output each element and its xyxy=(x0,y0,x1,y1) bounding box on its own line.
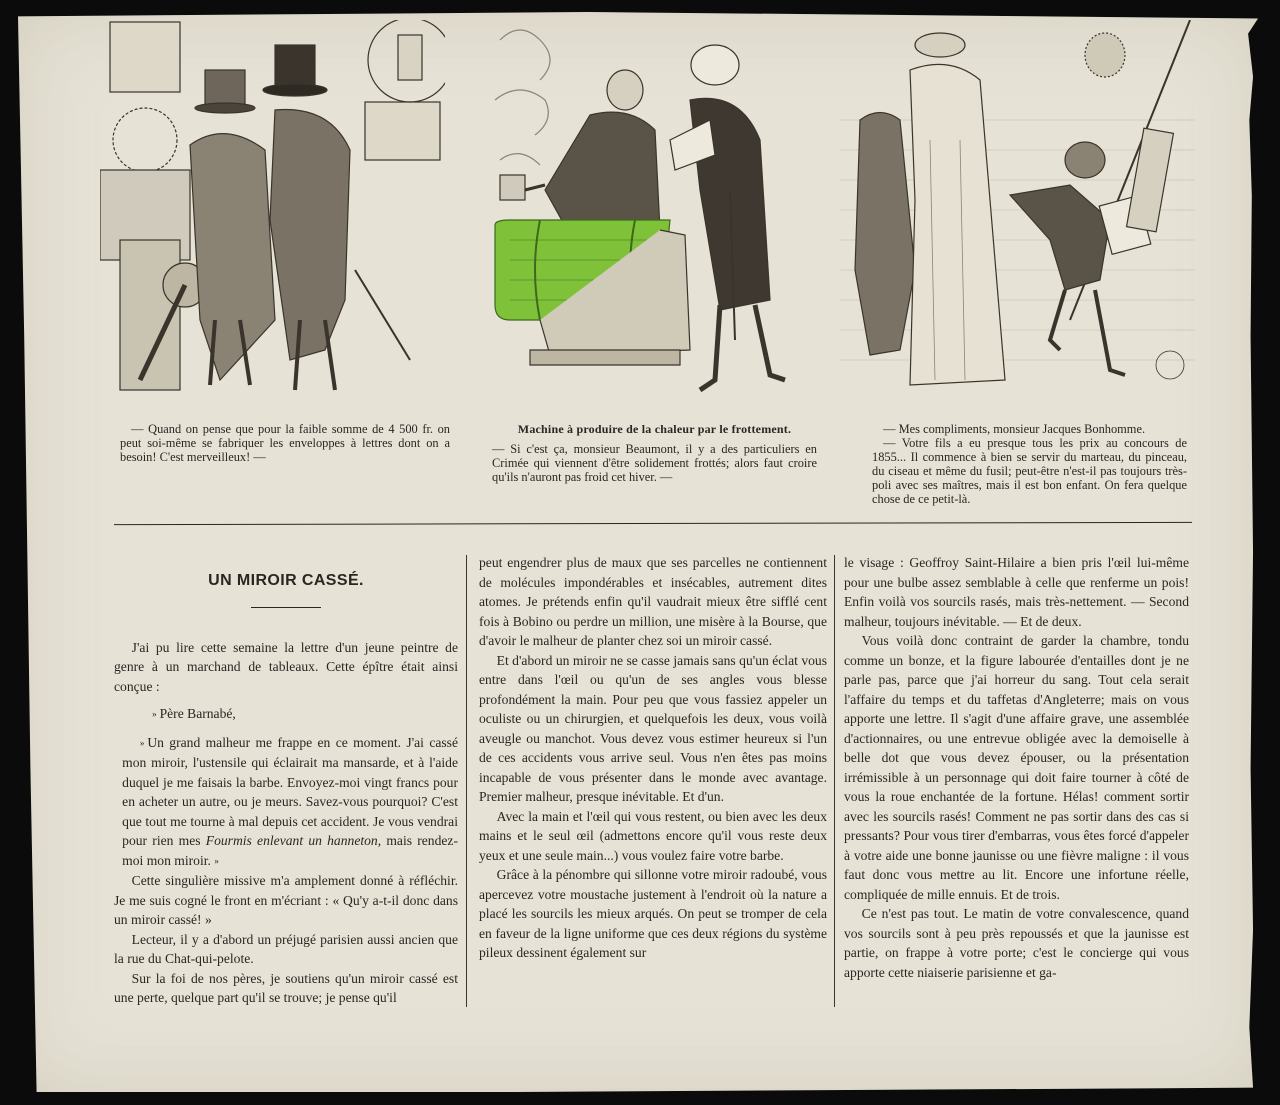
caption-text: — Quand on pense que pour la faible somm… xyxy=(120,422,450,464)
engraving-illustration xyxy=(470,20,825,400)
paragraph: le visage : Geoffroy Saint-Hilaire a bie… xyxy=(844,553,1189,631)
title-underline xyxy=(251,607,321,608)
engraving-illustration xyxy=(100,20,445,400)
caption-text: — Si c'est ça, monsieur Beaumont, il y a… xyxy=(492,442,817,484)
cartoon-concours-1855 xyxy=(840,20,1195,400)
paragraph: Ce n'est pas tout. Le matin de votre con… xyxy=(844,904,1189,982)
cartoon-3-caption: — Mes compliments, monsieur Jacques Bonh… xyxy=(872,422,1187,506)
column-divider xyxy=(466,555,467,1007)
caption-text-line2: — Votre fils a eu presque tous les prix … xyxy=(872,436,1187,506)
column-divider xyxy=(834,555,835,1007)
article-column-2: peut engendrer plus de maux que ses parc… xyxy=(479,553,827,963)
paragraph: Cette singulière missive m'a amplement d… xyxy=(114,871,458,930)
caption-text-line1: — Mes compliments, monsieur Jacques Bonh… xyxy=(872,422,1187,436)
cartoon-1-caption: — Quand on pense que pour la faible somm… xyxy=(120,422,450,464)
letter-salutation: »Père Barnabé, xyxy=(114,704,458,725)
paragraph: Lecteur, il y a d'abord un préjugé paris… xyxy=(114,930,458,969)
article-column-1: UN MIROIR CASSÉ. J'ai pu lire cette sema… xyxy=(114,553,458,1008)
paragraph: Et d'abord un miroir ne se casse jamais … xyxy=(479,651,827,807)
paragraph: Vous voilà donc contraint de garder la c… xyxy=(844,631,1189,904)
letter-body: »Un grand malheur me frappe en ce moment… xyxy=(114,733,458,872)
caption-title: Machine à produire de la chaleur par le … xyxy=(492,422,817,436)
paragraph: Sur la foi de nos pères, je soutiens qu'… xyxy=(114,969,458,1008)
paragraph: Avec la main et l'œil qui vous restent, … xyxy=(479,807,827,866)
paragraph: Grâce à la pénombre qui sillonne votre m… xyxy=(479,865,827,963)
cartoon-2-caption: Machine à produire de la chaleur par le … xyxy=(492,422,817,484)
article-column-3: le visage : Geoffroy Saint-Hilaire a bie… xyxy=(844,553,1189,982)
cartoon-heat-machine xyxy=(470,20,825,400)
article-title: UN MIROIR CASSÉ. xyxy=(114,571,458,591)
cartoon-envelope-machine xyxy=(100,20,445,400)
paragraph: J'ai pu lire cette semaine la lettre d'u… xyxy=(114,638,458,697)
paragraph: peut engendrer plus de maux que ses parc… xyxy=(479,553,827,651)
engraving-illustration xyxy=(840,20,1195,400)
